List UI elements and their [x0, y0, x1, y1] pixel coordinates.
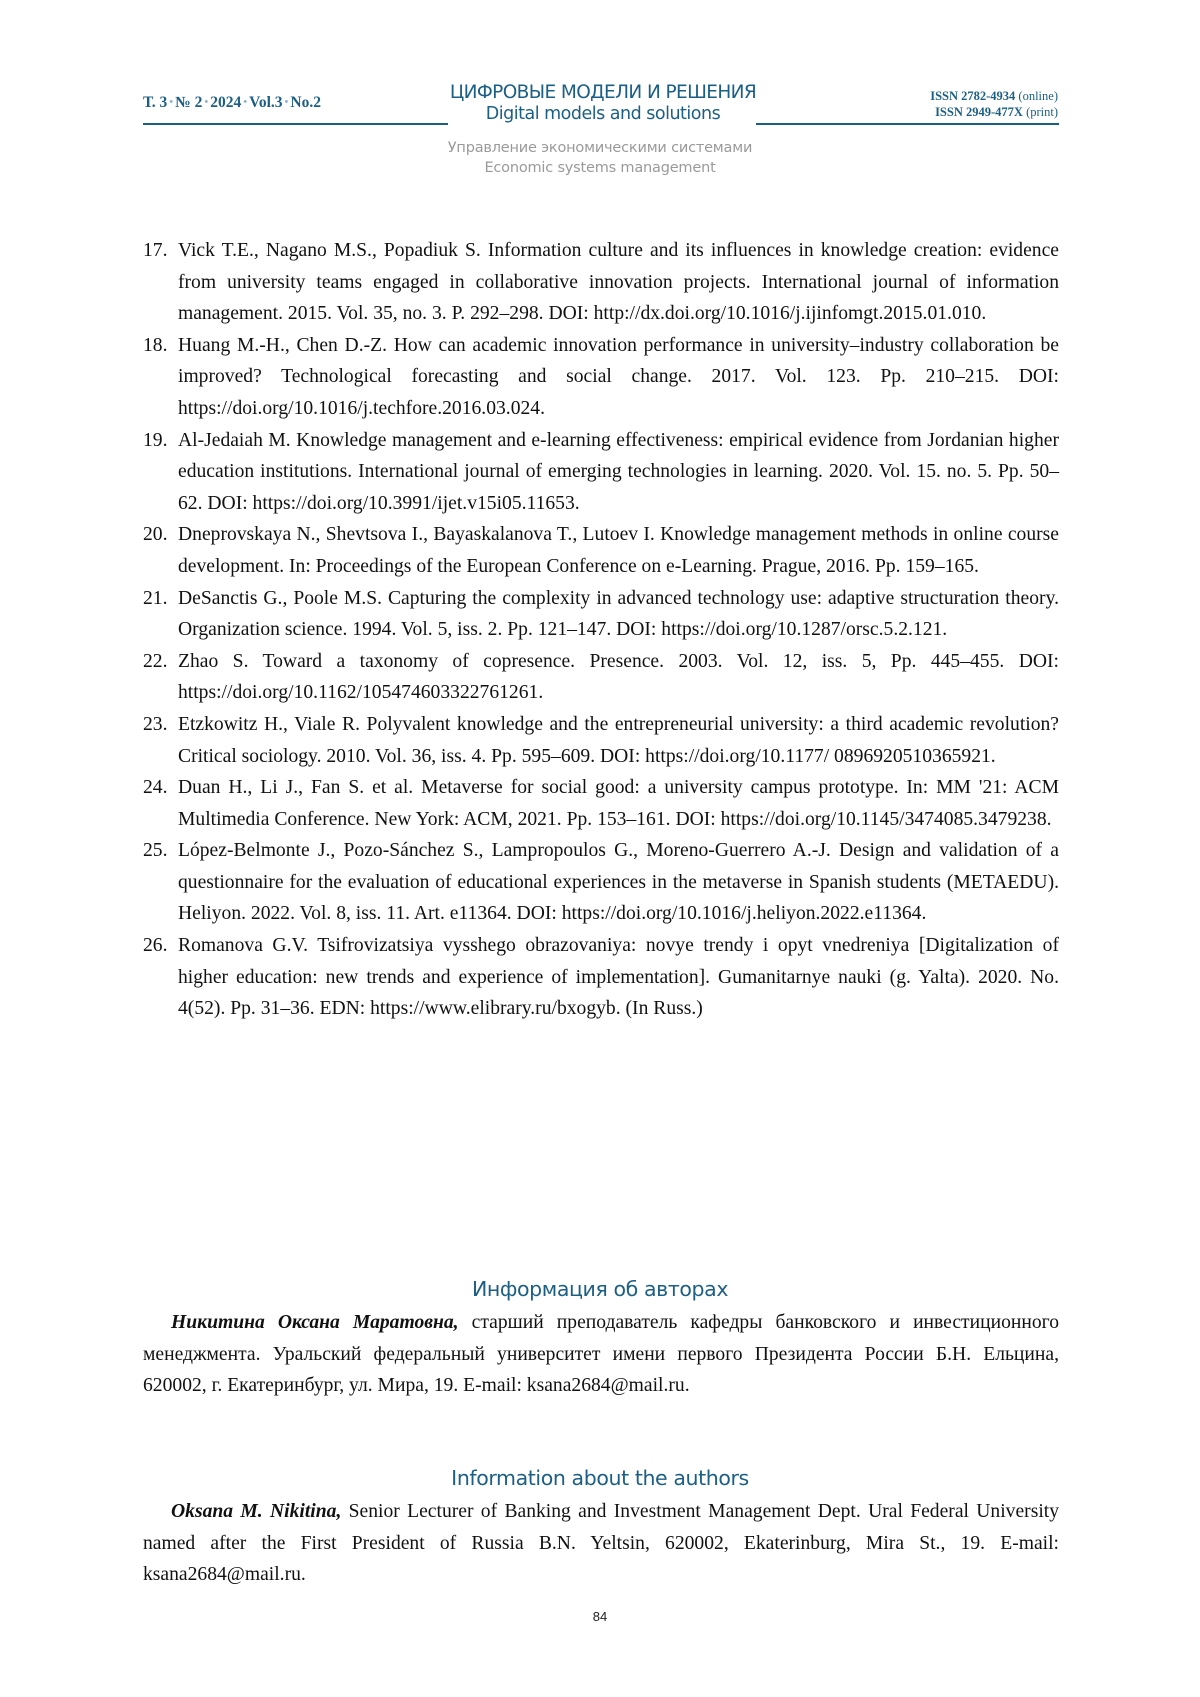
author-name-ru: Никитина Оксана Маратовна,: [171, 1312, 459, 1333]
issn-block: ISSN 2782-4934 (online) ISSN 2949-477X (…: [930, 88, 1058, 120]
section-name-ru: Управление экономическими системами: [0, 140, 1200, 156]
reference-text: Dneprovskaya N., Shevtsova I., Bayaskala…: [178, 524, 1059, 577]
separator-dot: •: [283, 96, 291, 108]
reference-text: Zhao S. Toward a taxonomy of copresence.…: [178, 651, 1059, 704]
author-info-ru: Никитина Оксана Маратовна, старший препо…: [143, 1307, 1059, 1402]
reference-item: 19.Al-Jedaiah M. Knowledge management an…: [143, 425, 1059, 520]
section-name-en: Economic systems management: [0, 160, 1200, 176]
reference-item: 22.Zhao S. Toward a taxonomy of copresen…: [143, 646, 1059, 709]
reference-item: 17.Vick T.E., Nagano M.S., Popadiuk S. I…: [143, 235, 1059, 330]
reference-item: 21.DeSanctis G., Poole M.S. Capturing th…: [143, 583, 1059, 646]
volume-ru: Т. 3: [143, 94, 167, 111]
author-info-en: Oksana M. Nikitina, Senior Lecturer of B…: [143, 1496, 1059, 1591]
reference-text: Vick T.E., Nagano M.S., Popadiuk S. Info…: [178, 240, 1059, 324]
reference-number: 24.: [143, 772, 168, 804]
reference-number: 26.: [143, 930, 168, 962]
header-rule-left: [143, 123, 448, 125]
page-number: 84: [0, 1609, 1200, 1624]
reference-item: 24.Duan H., Li J., Fan S. et al. Metaver…: [143, 772, 1059, 835]
journal-title-ru: ЦИФРОВЫЕ МОДЕЛИ И РЕШЕНИЯ: [418, 82, 788, 103]
author-name-en: Oksana M. Nikitina,: [171, 1501, 341, 1522]
reference-number: 20.: [143, 519, 168, 551]
issue-en: No.2: [290, 94, 321, 111]
reference-text: Romanova G.V. Tsifrovizatsiya vysshego o…: [178, 935, 1059, 1019]
issn-print: ISSN 2949-477X (print): [930, 104, 1058, 120]
reference-item: 23.Etzkowitz H., Viale R. Polyvalent kno…: [143, 709, 1059, 772]
reference-item: 18.Huang M.-H., Chen D.-Z. How can acade…: [143, 330, 1059, 425]
reference-text: Etzkowitz H., Viale R. Polyvalent knowle…: [178, 714, 1059, 767]
reference-text: Al-Jedaiah M. Knowledge management and e…: [178, 430, 1059, 514]
year: 2024: [210, 94, 241, 111]
reference-text: López-Belmonte J., Pozo-Sánchez S., Lamp…: [178, 840, 1059, 924]
reference-number: 18.: [143, 330, 168, 362]
authors-info-heading-en: Information about the authors: [0, 1466, 1200, 1490]
reference-text: Duan H., Li J., Fan S. et al. Metaverse …: [178, 777, 1059, 830]
separator-dot: •: [202, 96, 210, 108]
reference-number: 19.: [143, 425, 168, 457]
issue-ru: № 2: [175, 94, 202, 111]
reference-item: 20.Dneprovskaya N., Shevtsova I., Bayask…: [143, 519, 1059, 582]
reference-item: 26.Romanova G.V. Tsifrovizatsiya vyssheg…: [143, 930, 1059, 1025]
separator-dot: •: [241, 96, 249, 108]
reference-number: 22.: [143, 646, 168, 678]
journal-page: Т. 3•№ 2•2024•Vol.3•No.2 ЦИФРОВЫЕ МОДЕЛИ…: [0, 0, 1200, 1697]
reference-number: 21.: [143, 583, 168, 615]
journal-title-en: Digital models and solutions: [418, 104, 788, 124]
reference-list: 17.Vick T.E., Nagano M.S., Popadiuk S. I…: [143, 235, 1059, 1025]
volume-issue-line: Т. 3•№ 2•2024•Vol.3•No.2: [143, 94, 321, 112]
separator-dot: •: [167, 96, 175, 108]
issn-online: ISSN 2782-4934 (online): [930, 88, 1058, 104]
authors-info-heading-ru: Информация об авторах: [0, 1277, 1200, 1301]
reference-number: 23.: [143, 709, 168, 741]
reference-text: Huang M.-H., Chen D.-Z. How can academic…: [178, 335, 1059, 419]
reference-number: 25.: [143, 835, 168, 867]
reference-text: DeSanctis G., Poole M.S. Capturing the c…: [178, 588, 1059, 641]
header-rule-right: [756, 123, 1059, 125]
reference-number: 17.: [143, 235, 168, 267]
volume-en: Vol.3: [249, 94, 282, 111]
reference-item: 25.López-Belmonte J., Pozo-Sánchez S., L…: [143, 835, 1059, 930]
